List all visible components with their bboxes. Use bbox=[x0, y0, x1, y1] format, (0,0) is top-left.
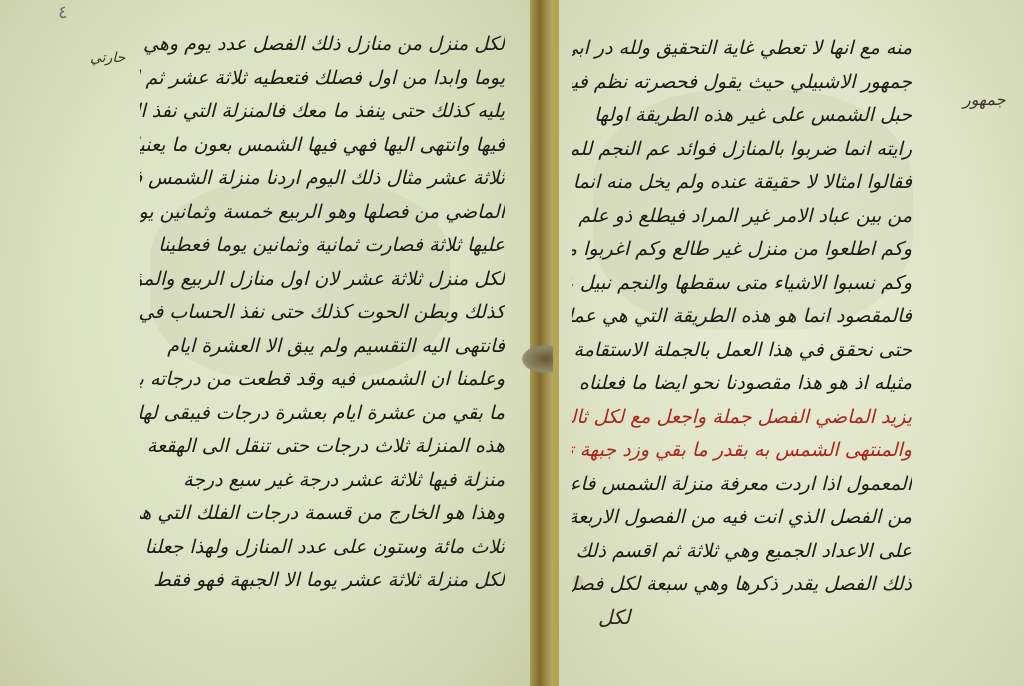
text-line: ذلك الفصل يقدر ذكرها وهي سبعة لكل فصل في… bbox=[572, 568, 912, 602]
text-line: لكل منزلة ثلاثة عشر يوما الا الجبهة فهو … bbox=[140, 564, 505, 598]
text-line-red: والمنتهى الشمس به بقدر ما بقي وزد جبهة ت… bbox=[572, 434, 912, 468]
text-line: فالمقصود انما هو هذه الطريقة التي هي عمل… bbox=[572, 300, 912, 334]
text-line: وعلمنا ان الشمس فيه وقد قطعت من درجاته ب… bbox=[140, 363, 505, 397]
text-line-red: يزيد الماضي الفصل جملة واجعل مع لكل ثالث… bbox=[572, 401, 912, 435]
text-line: وكم نسبوا الاشياء متى سقطها والنجم نبيل … bbox=[572, 267, 912, 301]
right-margin-note: جمهور bbox=[963, 90, 1006, 109]
text-line: من الفصل الذي انت فيه من الفصول الاربعة … bbox=[572, 501, 912, 535]
text-line: وكم اطلعوا من منزل غير طالع وكم اغربوا م… bbox=[572, 233, 912, 267]
text-line: ثلاثة عشر مثال ذلك اليوم اردنا منزلة الش… bbox=[140, 162, 505, 196]
text-line: فانتهى اليه التقسيم ولم يبق الا العشرة ا… bbox=[140, 330, 505, 364]
left-page: ٤ حارتي لكل منزل من منازل ذلك الفصل عدد … bbox=[0, 0, 536, 686]
text-line: جمهور الاشبيلي حيث يقول فحصرته نظم فيها … bbox=[572, 66, 912, 100]
text-line: لكل منزل من منازل ذلك الفصل عدد يوم وهي … bbox=[140, 28, 505, 62]
text-line: كذلك وبطن الحوت كذلك حتى نفذ الحساب في ا… bbox=[140, 296, 505, 330]
text-line: حبل الشمس على غير هذه الطريقة اولها bbox=[572, 99, 912, 133]
text-line: من بين عباد الامر غير المراد فيطلع ذو عل… bbox=[572, 200, 912, 234]
text-line: رايته انما ضربوا بالمنازل فوائد عم النجم… bbox=[572, 133, 912, 167]
text-line: مثيله اذ هو هذا مقصودنا نحو ايضا ما فعلن… bbox=[572, 367, 912, 401]
right-page-text: منه مع انها لا تعطي غاية التحقيق ولله در… bbox=[572, 32, 912, 602]
text-line: الماضي من فصلها وهو الربيع خمسة وثمانين … bbox=[140, 196, 505, 230]
text-line: على الاعداد الجميع وهي ثلاثة ثم اقسم ذلك… bbox=[572, 535, 912, 569]
catchword: لكل bbox=[598, 605, 630, 629]
left-margin-note: حارتي bbox=[90, 50, 125, 66]
text-line: لكل منزل ثلاثة عشر لان اول منازل الربيع … bbox=[140, 263, 505, 297]
page-number: ٤ bbox=[58, 2, 68, 23]
text-line: وهذا هو الخارج من قسمة درجات الفلك التي … bbox=[140, 497, 505, 531]
text-line: يليه كذلك حتى ينفذ ما معك فالمنزلة التي … bbox=[140, 95, 505, 129]
text-line: حتى نحقق في هذا العمل بالجملة الاستقامة bbox=[572, 334, 912, 368]
text-line: هذه المنزلة ثلاث درجات حتى تنقل الى الهق… bbox=[140, 430, 505, 464]
text-line: ما بقي من عشرة ايام بعشرة درجات فيبقى له… bbox=[140, 397, 505, 431]
page-edge bbox=[553, 0, 559, 686]
text-line: ثلاث مائة وستون على عدد المنازل ولهذا جع… bbox=[140, 531, 505, 565]
manuscript-photo: ٤ حارتي لكل منزل من منازل ذلك الفصل عدد … bbox=[0, 0, 1024, 686]
text-line: منزلة فيها ثلاثة عشر درجة غير سبع درجة bbox=[140, 464, 505, 498]
text-line: فيها وانتهى اليها فهي فيها الشمس بعون ما… bbox=[140, 129, 505, 163]
text-line: فقالوا امثالا لا حقيقة عنده ولم يخل منه … bbox=[572, 166, 912, 200]
text-line: يوما وابدا من اول فصلك فتعطيه ثلاثة عشر … bbox=[140, 62, 505, 96]
text-line: عليها ثلاثة فصارت ثمانية وثمانين يوما فع… bbox=[140, 229, 505, 263]
text-line: منه مع انها لا تعطي غاية التحقيق ولله در… bbox=[572, 32, 912, 66]
text-line: المعمول اذا اردت معرفة منزلة الشمس فاعرف… bbox=[572, 468, 912, 502]
left-page-text: لكل منزل من منازل ذلك الفصل عدد يوم وهي … bbox=[140, 28, 505, 598]
